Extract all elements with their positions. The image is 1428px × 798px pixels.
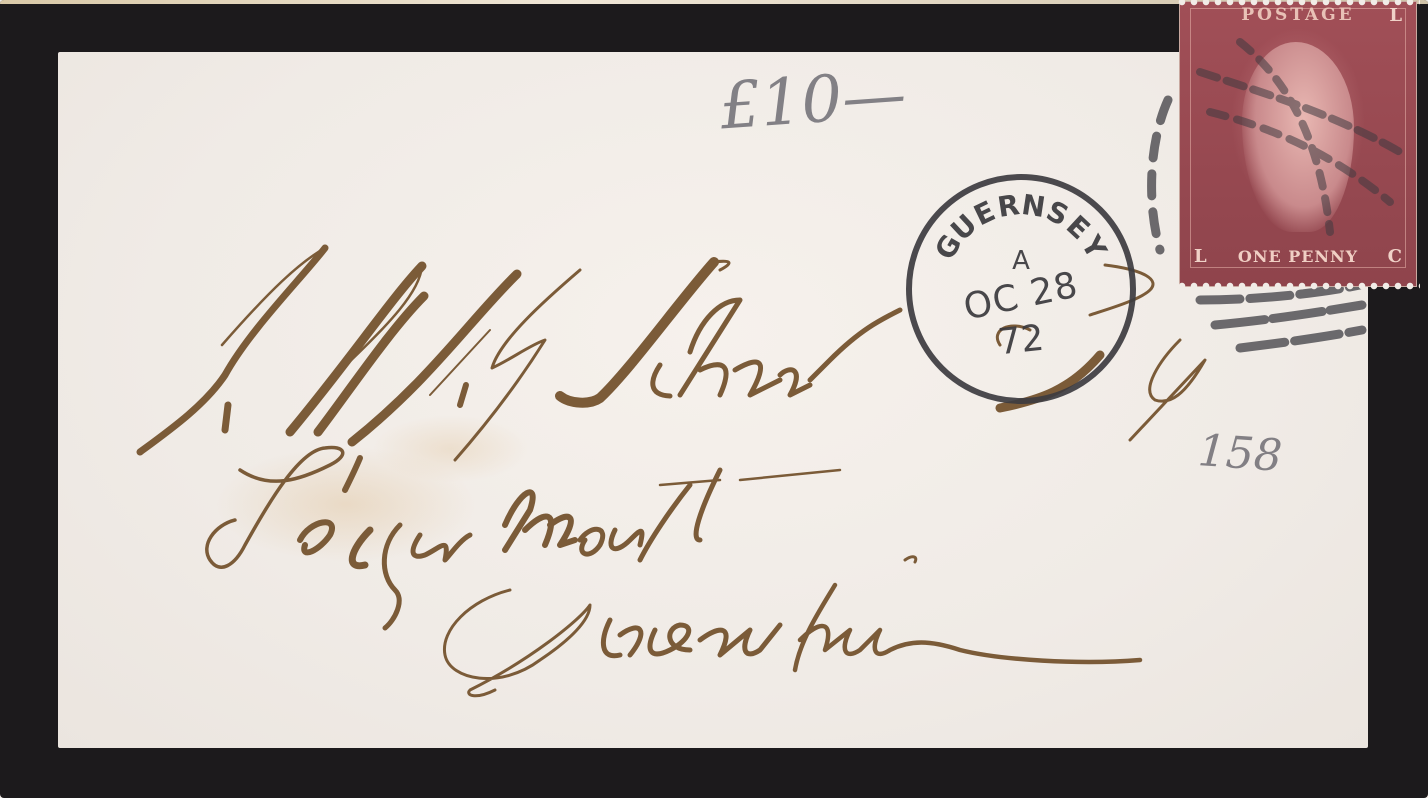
mourning-envelope: POSTAGE L ONE PENNY L C GUERNSEY A OC 28… bbox=[0, 0, 1428, 798]
penny-red-stamp: POSTAGE L ONE PENNY L C bbox=[1180, 2, 1416, 286]
stamp-perforation-bottom bbox=[1176, 281, 1420, 291]
pencil-price-note: £10— bbox=[718, 58, 909, 145]
pencil-reference-note: 158 bbox=[1196, 425, 1283, 482]
stamp-cancel-bars bbox=[1180, 2, 1416, 286]
postmark-town-letter: R bbox=[995, 188, 1021, 224]
